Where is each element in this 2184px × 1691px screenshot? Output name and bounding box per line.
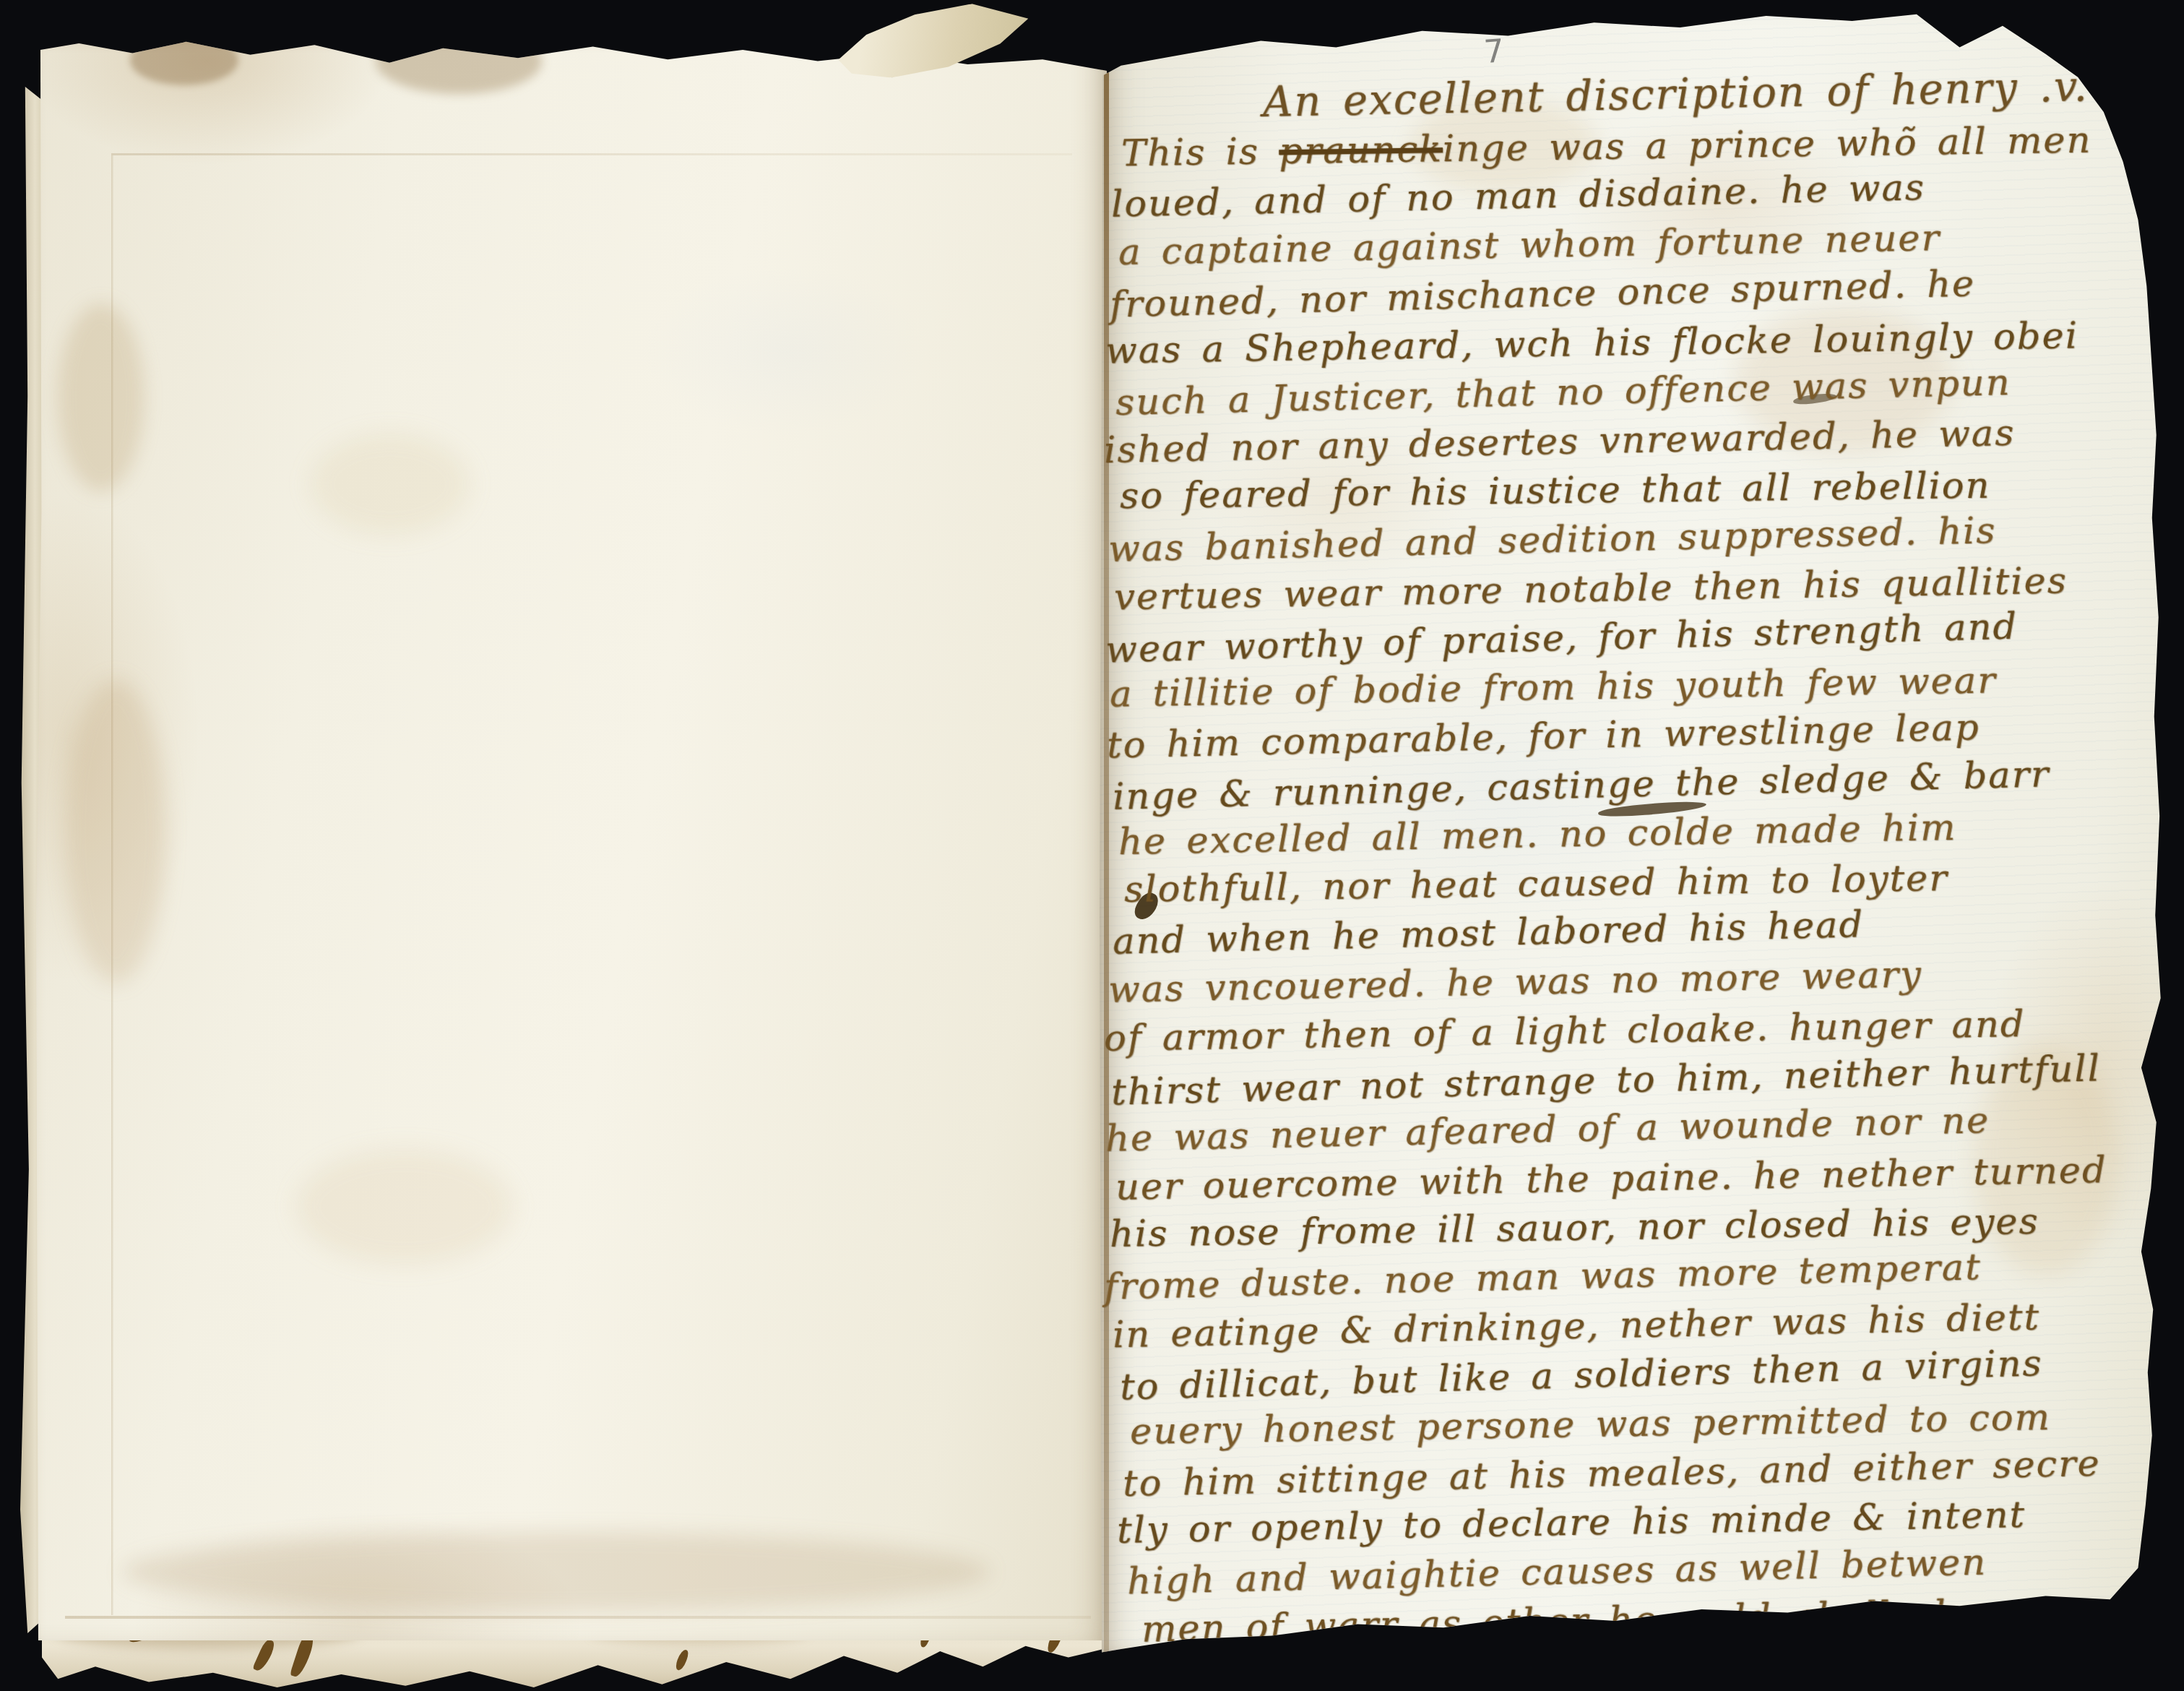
paper-stain — [311, 434, 470, 535]
manuscript-photograph: 7 An excellent discription of henry .v. … — [0, 0, 2184, 1691]
struck-word: praunck — [1279, 128, 1443, 173]
manuscript-line: loued, and of no man disdaine. he was — [1111, 166, 1926, 226]
blank-verso-page — [36, 29, 1107, 1640]
line-text: This is — [1121, 130, 1279, 175]
manuscript-line: a captaine against whom fortune neuer — [1118, 217, 1941, 274]
ink-peek-mark — [674, 1648, 690, 1671]
manuscript-line: so feared for his iustice that all rebel… — [1120, 465, 1991, 518]
manuscript-line: was banished and sedition suppressed. hi… — [1108, 509, 1997, 571]
manuscript-line: and when he most labored his head — [1112, 903, 1864, 963]
written-recto-page: 7 An excellent discription of henry .v. … — [1100, 4, 2175, 1661]
crease-line — [65, 1616, 1091, 1619]
manuscript-line: uer ouercome with the paine. he nether t… — [1115, 1149, 2107, 1209]
paper-stain — [58, 304, 144, 491]
manuscript-line: This is praunckinge was a prince whõ all… — [1121, 119, 2092, 176]
manuscript-line: slothfull, nor heat caused him to loyter — [1124, 857, 1948, 911]
manuscript-line: high and waightie causes as well betwen — [1126, 1541, 1987, 1604]
paper-stain — [296, 1149, 513, 1265]
gutter-fold-line — [1104, 66, 1109, 1656]
manuscript-line: men of warr as other he wold gladly hear — [1141, 1591, 2025, 1651]
paper-stain — [130, 35, 238, 85]
paper-stain — [376, 29, 542, 94]
crease-line — [111, 153, 1072, 155]
paper-stain — [65, 679, 166, 983]
manuscript-line: of armor then of a light cloake. hunger … — [1104, 1003, 2026, 1060]
folio-number: 7 — [1482, 33, 1505, 71]
manuscript-line: was vncouered. he was no more weary — [1108, 953, 1923, 1012]
paper-stain — [123, 1532, 990, 1612]
crease-line — [111, 155, 113, 1615]
line-text: inge was a prince whõ all men — [1442, 119, 2092, 171]
manuscript-title: An excellent discription of henry .v. — [1262, 63, 2089, 126]
